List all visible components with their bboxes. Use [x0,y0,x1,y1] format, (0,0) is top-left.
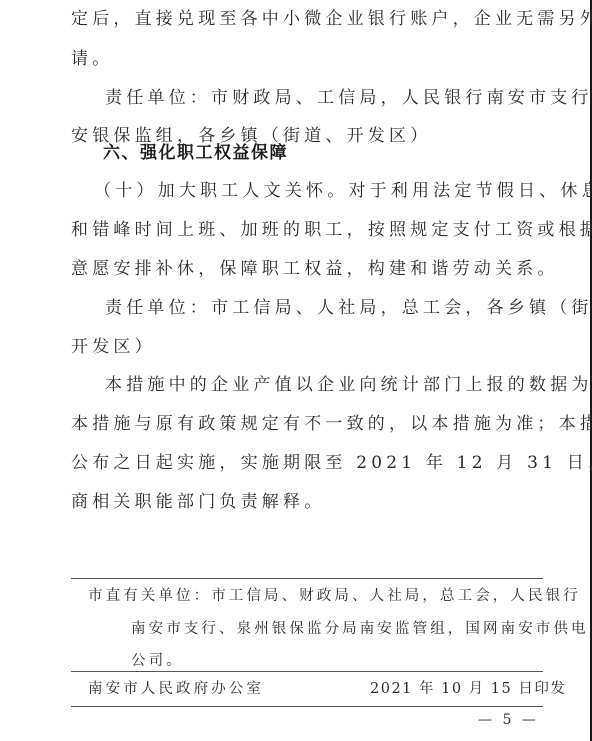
issue-date: 2021 年 10 月 15 日印发 [370,679,566,699]
divider [71,671,543,672]
body-line: 意愿安排补休，保障职工权益，构建和谐劳动关系。 [71,258,543,280]
responsible-units: 责任单位：市财政局、工信局，人民银行南安市支行、南 [105,87,577,109]
issuer: 南安市人民政府办公室 [88,679,264,699]
related-units-line: 公司。 [131,651,184,671]
body-line: 和错峰时间上班、加班的职工，按照规定支付工资或根据职工 [71,219,543,241]
clause-ten: （十）加大职工人文关怀。对于利用法定节假日、休息日 [94,180,566,202]
page-number: — 5 — [478,712,539,728]
responsible-units: 责任单位：市工信局、人社局，总工会，各乡镇（街道、 [105,297,577,319]
related-units-line: 市直有关单位：市工信局、财政局、人社局，总工会，人民银行 [88,586,581,606]
section-heading: 六、强化职工权益保障 [103,142,575,164]
body-line: 公布之日起实施，实施期限至 2021 年 12 月 31 日，由市工信局 [71,452,543,474]
body-line: 本措施与原有政策规定有不一致的，以本措施为准；本措施自 [71,413,543,435]
related-units-line: 南安市支行、泉州银保监分局南安监管组，国网南安市供电 [131,619,589,639]
divider [71,578,543,579]
body-line: 本措施中的企业产值以企业向统计部门上报的数据为准； [105,374,577,396]
body-line: 定后，直接兑现至各中小微企业银行账户，企业无需另外申 [71,8,543,30]
body-line: 开发区） [71,336,543,358]
divider [71,706,543,707]
body-line: 商相关职能部门负责解释。 [71,491,543,513]
body-line: 请。 [71,48,543,70]
